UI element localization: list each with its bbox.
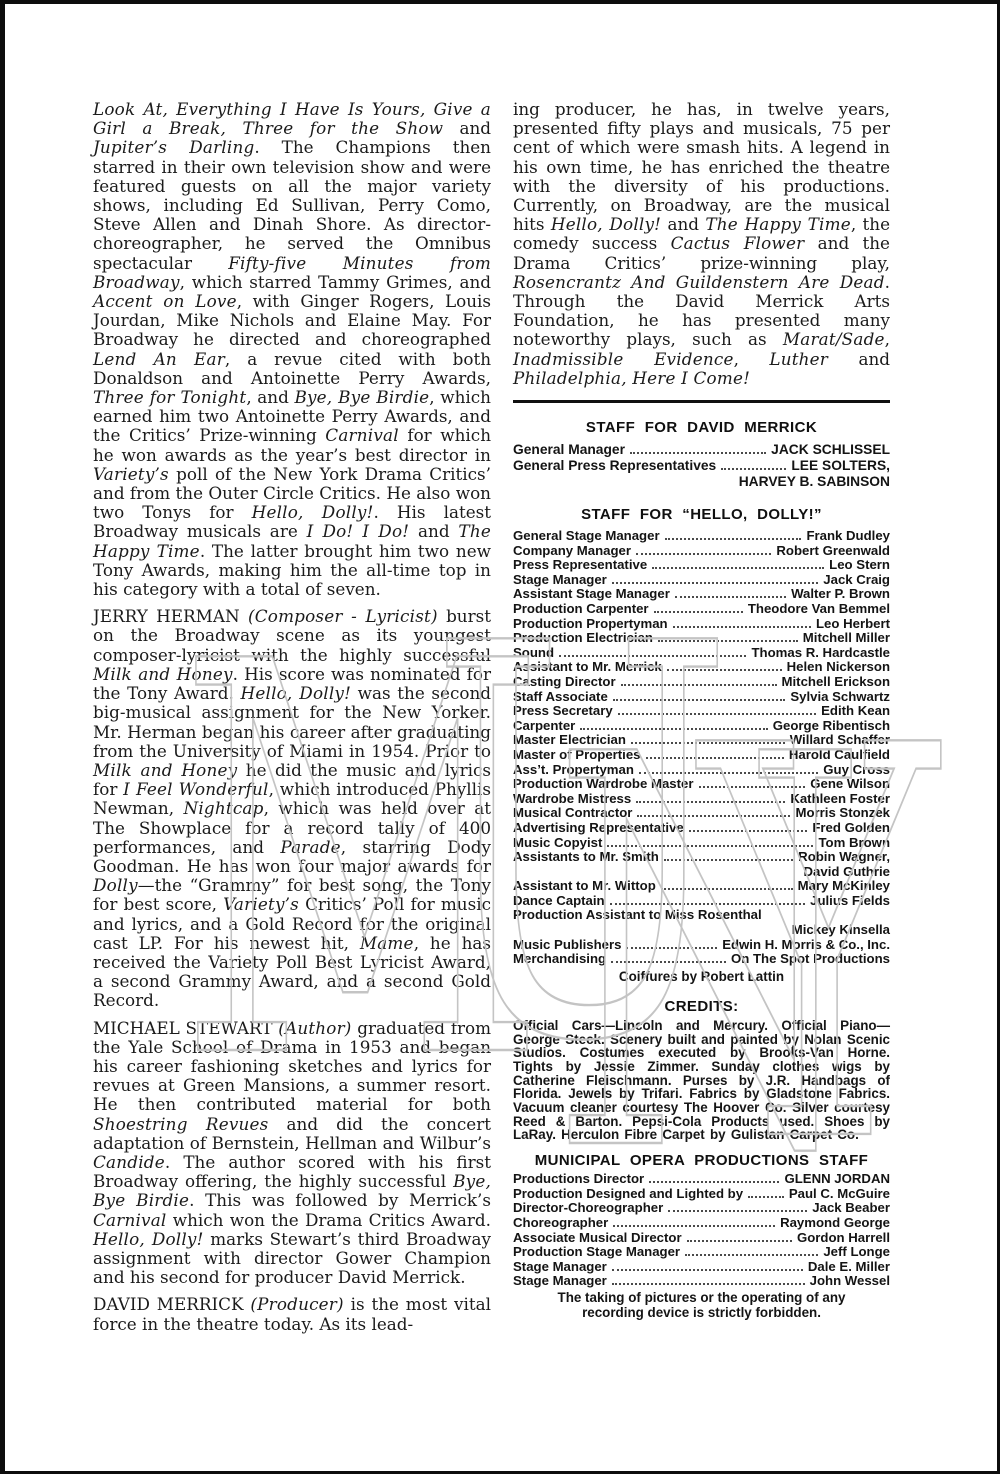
staff-role: Music Publishers [513, 938, 621, 953]
staff-row: Music Copyist Tom Brown [513, 836, 890, 851]
staff-row: Production Stage Manager Jeff Longe [513, 1245, 890, 1260]
staff-role: Wardrobe Mistress [513, 792, 631, 807]
staff-role: Sound [513, 646, 554, 661]
staff-name: Jeff Longe [823, 1245, 890, 1260]
staff-row: Assistant to Mr. Wittop Mary McKinley [513, 879, 890, 894]
staff-row: Production Assistant to Miss Rosenthal [513, 908, 890, 923]
dot-leader [631, 734, 785, 744]
staff-role: Production Propertyman [513, 617, 668, 632]
bio-paragraph: MICHAEL STEWART (Author) graduated from … [93, 1019, 491, 1288]
staff-row: Sound Thomas R. Hardcastle [513, 646, 890, 661]
dot-leader [665, 530, 802, 540]
staff-row: Stage Manager Jack Craig [513, 573, 890, 588]
dot-leader [612, 1261, 803, 1271]
staff-role: Production Carpenter [513, 602, 649, 617]
staff-name: LEE SOLTERS, [791, 458, 890, 474]
staff-row: Director-Choreographer Jack Beaber [513, 1201, 890, 1216]
staff-role: Assistant Stage Manager [513, 587, 670, 602]
staff-row: Musical Contractor Morris Stonzek [513, 806, 890, 821]
staff-name: Sylvia Schwartz [790, 690, 890, 705]
staff-row: Production Designed and Lighted by Paul … [513, 1187, 890, 1202]
dot-leader [667, 661, 782, 671]
dot-leader [610, 895, 806, 905]
staff-name: Leo Herbert [816, 617, 890, 632]
staff-role: Assistant to Mr. Merrick [513, 660, 662, 675]
staff-row: Stage Manager Dale E. Miller [513, 1260, 890, 1275]
dot-leader [613, 1217, 775, 1227]
dot-leader [685, 1246, 818, 1256]
dot-leader [611, 953, 726, 963]
left-column: Look At, Everything I Have Is Yours, Giv… [93, 100, 491, 1342]
photography-notice: The taking of pictures or the operating … [513, 1291, 890, 1321]
staff-row: Choreographer Raymond George [513, 1216, 890, 1231]
staff-role: Productions Director [513, 1172, 644, 1187]
staff-role: Associate Musical Director [513, 1231, 682, 1246]
bio-paragraph-continued: ing producer, he has, in twelve years, p… [513, 100, 890, 388]
dot-leader [673, 618, 811, 628]
dot-leader [748, 1188, 784, 1198]
dot-leader [621, 676, 777, 686]
staff-role: Choreographer [513, 1216, 608, 1231]
staff-name: Raymond George [780, 1216, 890, 1231]
dot-leader [612, 1275, 805, 1285]
staff-name: George Ribentisch [773, 719, 890, 734]
muny-staff-list: Productions Director GLENN JORDAN Produc… [513, 1172, 890, 1289]
staff-name: Robert Greenwald [776, 544, 890, 559]
bio-paragraph: JERRY HERMAN (Composer - Lyricist) burst… [93, 607, 491, 1010]
staff-role: Staff Associate [513, 690, 608, 705]
dot-leader [668, 1202, 807, 1212]
dot-leader [580, 720, 767, 730]
staff-row: General Stage Manager Frank Dudley [513, 529, 890, 544]
staff-role: Production Assistant to Miss Rosenthal [513, 908, 762, 923]
coiffures-credit: Coiffures by Robert Lattin [513, 969, 890, 984]
staff-name: On The Spot Productions [731, 952, 890, 967]
staff-name: Edith Kean [821, 704, 890, 719]
staff-role: Carpenter [513, 719, 575, 734]
bio-paragraph: Look At, Everything I Have Is Yours, Giv… [93, 100, 491, 599]
dot-leader [618, 705, 816, 715]
dot-leader [699, 778, 806, 788]
staff-row: General Manager JACK SCHLISSEL [513, 442, 890, 458]
staff-name: Julius Fields [810, 894, 890, 909]
staff-role: Stage Manager [513, 573, 607, 588]
staff-name: Willard Schaffer [790, 733, 890, 748]
staff-name: Harold Caulfield [789, 748, 890, 763]
dot-leader [652, 559, 824, 569]
credits-heading: CREDITS: [513, 998, 890, 1015]
merrick-staff-list: General Manager JACK SCHLISSEL General P… [513, 442, 890, 490]
staff-role: Ass’t. Propertyman [513, 763, 634, 778]
staff-name: Robin Wagner, [798, 850, 890, 865]
staff-name: Mary McKinley [798, 879, 890, 894]
dot-leader [636, 793, 785, 803]
staff-row: General Press Representatives LEE SOLTER… [513, 458, 890, 474]
credits-text: Official Cars—Lincoln and Mercury. Offic… [513, 1019, 890, 1142]
staff-role: Production Wardrobe Master [513, 777, 694, 792]
staff-name: Tom Brown [818, 836, 890, 851]
staff-row: Master of Properties Harold Caulfield [513, 748, 890, 763]
staff-role: Stage Manager [513, 1260, 607, 1275]
staff-role: General Manager [513, 442, 625, 458]
staff-name: Jack Beaber [812, 1201, 890, 1216]
dot-leader [649, 1173, 779, 1183]
dot-leader [687, 1232, 792, 1242]
staff-role: Press Secretary [513, 704, 613, 719]
staff-row: Assistant to Mr. Merrick Helen Nickerson [513, 660, 890, 675]
staff-name: Morris Stonzek [795, 806, 890, 821]
muny-staff-heading: MUNICIPAL OPERA PRODUCTIONS STAFF [513, 1152, 890, 1169]
dot-leader [654, 603, 743, 613]
staff-row: Press Secretary Edith Kean [513, 704, 890, 719]
staff-role: Production Electrician [513, 631, 653, 646]
dot-leader [721, 460, 786, 470]
staff-role: Assistants to Mr. Smith [513, 850, 659, 865]
staff-name: JACK SCHLISSEL [771, 442, 890, 458]
notice-line-1: The taking of pictures or the operating … [558, 1290, 846, 1305]
staff-name: Gordon Harrell [797, 1231, 890, 1246]
staff-row: Master Electrician Willard Schaffer [513, 733, 890, 748]
dot-leader [661, 880, 793, 890]
staff-name: Mitchell Erickson [782, 675, 890, 690]
staff-name: Fred Golden [812, 821, 890, 836]
staff-row: Assistants to Mr. Smith Robin Wagner, [513, 850, 890, 865]
dot-leader [636, 545, 771, 555]
staff-row: Casting Director Mitchell Erickson [513, 675, 890, 690]
staff-name-continuation: HARVEY B. SABINSON [513, 474, 890, 490]
staff-name: Walter P. Brown [791, 587, 890, 602]
staff-row: Production Wardrobe Master Gene Wilson [513, 777, 890, 792]
dot-leader [658, 632, 798, 642]
dot-leader [613, 691, 786, 701]
staff-role: Music Copyist [513, 836, 602, 851]
staff-row: Ass’t. Propertyman Guy Cross [513, 763, 890, 778]
staff-name: Paul C. McGuire [789, 1187, 890, 1202]
staff-role: Dance Captain [513, 894, 605, 909]
dot-leader [675, 588, 786, 598]
staff-name: Guy Cross [823, 763, 890, 778]
staff-role: Company Manager [513, 544, 631, 559]
dot-leader [607, 837, 813, 847]
staff-role: Director-Choreographer [513, 1201, 663, 1216]
staff-role: Master of Properties [513, 748, 641, 763]
dot-leader [612, 574, 818, 584]
program-page: M U N Y Look At, Everything I Have Is Yo… [0, 0, 1000, 1474]
staff-name: Dale E. Miller [808, 1260, 890, 1275]
dolly-staff-list: General Stage Manager Frank Dudley Compa… [513, 529, 890, 967]
staff-name: GLENN JORDAN [784, 1172, 890, 1187]
staff-name: Edwin H. Morris & Co., Inc. [722, 938, 890, 953]
dot-leader [626, 939, 717, 949]
staff-name-continuation: Mickey Kinsella [513, 923, 890, 938]
staff-row: Music Publishers Edwin H. Morris & Co., … [513, 938, 890, 953]
staff-role: Merchandising [513, 952, 606, 967]
staff-row: Merchandising On The Spot Productions [513, 952, 890, 967]
staff-row: Production Propertyman Leo Herbert [513, 617, 890, 632]
dot-leader [689, 822, 808, 832]
staff-name-continuation: David Guthrie [513, 865, 890, 880]
staff-row: Associate Musical Director Gordon Harrel… [513, 1231, 890, 1246]
merrick-staff-heading: STAFF FOR DAVID MERRICK [513, 419, 890, 436]
staff-name: Theodore Van Bemmel [748, 602, 890, 617]
staff-row: Staff Associate Sylvia Schwartz [513, 690, 890, 705]
staff-role: Production Stage Manager [513, 1245, 680, 1260]
staff-row: Dance Captain Julius Fields [513, 894, 890, 909]
section-divider [513, 400, 890, 403]
staff-role: Stage Manager [513, 1274, 607, 1289]
notice-line-2: recording device is strictly forbidden. [582, 1305, 821, 1320]
staff-role: Advertising Representative [513, 821, 684, 836]
staff-row: Productions Director GLENN JORDAN [513, 1172, 890, 1187]
staff-role: Assistant to Mr. Wittop [513, 879, 656, 894]
dolly-staff-heading: STAFF FOR “HELLO, DOLLY!” [513, 506, 890, 523]
staff-name: Kathleen Foster [790, 792, 890, 807]
dot-leader [637, 807, 790, 817]
staff-role: Production Designed and Lighted by [513, 1187, 743, 1202]
staff-row: Stage Manager John Wessel [513, 1274, 890, 1289]
staff-name: Helen Nickerson [787, 660, 890, 675]
bio-paragraph: DAVID MERRICK (Producer) is the most vit… [93, 1295, 491, 1333]
dot-leader [646, 749, 784, 759]
dot-leader [664, 851, 793, 861]
staff-role: General Stage Manager [513, 529, 660, 544]
staff-row: Production Electrician Mitchell Miller [513, 631, 890, 646]
staff-name: Leo Stern [829, 558, 890, 573]
staff-role: Master Electrician [513, 733, 626, 748]
staff-row: Company Manager Robert Greenwald [513, 544, 890, 559]
staff-role: Casting Director [513, 675, 616, 690]
staff-name: Mitchell Miller [803, 631, 890, 646]
staff-role: General Press Representatives [513, 458, 716, 474]
staff-row: Press Representative Leo Stern [513, 558, 890, 573]
staff-row: Wardrobe Mistress Kathleen Foster [513, 792, 890, 807]
right-column: ing producer, he has, in twelve years, p… [513, 100, 890, 1321]
staff-role: Musical Contractor [513, 806, 632, 821]
staff-row: Advertising Representative Fred Golden [513, 821, 890, 836]
staff-name: Jack Craig [823, 573, 890, 588]
dot-leader [639, 764, 818, 774]
staff-name: John Wessel [810, 1274, 890, 1289]
staff-name: Thomas R. Hardcastle [751, 646, 890, 661]
dot-leader [630, 444, 766, 454]
staff-row: Production Carpenter Theodore Van Bemmel [513, 602, 890, 617]
staff-row: Carpenter George Ribentisch [513, 719, 890, 734]
staff-name: Gene Wilson [810, 777, 890, 792]
dot-leader [559, 647, 746, 657]
staff-role: Press Representative [513, 558, 647, 573]
staff-row: Assistant Stage Manager Walter P. Brown [513, 587, 890, 602]
staff-name: Frank Dudley [806, 529, 890, 544]
